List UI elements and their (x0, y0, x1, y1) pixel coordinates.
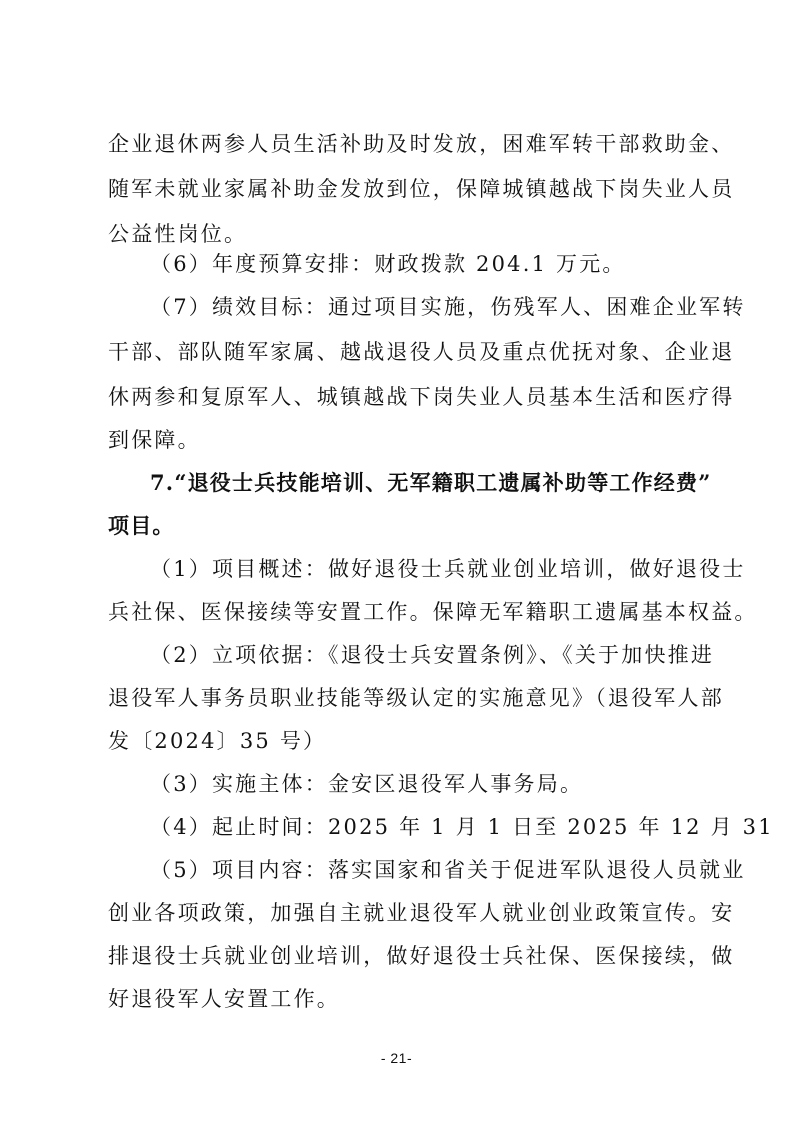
text-line: 发〔2024〕35 号） (108, 727, 326, 755)
text-line: （7）绩效目标：通过项目实施，伤残军人、困难企业军转 (150, 293, 746, 321)
text-line: 兵社保、医保接续等安置工作。保障无军籍职工遗属基本权益。 (108, 598, 758, 626)
text-line: 排退役士兵就业创业培训，做好退役士兵社保、医保接续，做 (108, 942, 734, 970)
text-line: 好退役军人安置工作。 (108, 985, 340, 1013)
section-heading: 项目。 (108, 512, 175, 540)
text-line: 企业退休两参人员生活补助及时发放，困难军转干部救助金、 (108, 130, 734, 158)
document-page: 企业退休两参人员生活补助及时发放，困难军转干部救助金、 随军未就业家属补助金发放… (0, 0, 793, 1122)
text-line: （3）实施主体：金安区退役军人事务局。 (150, 770, 583, 798)
text-line: （2）立项依据：《退役士兵安置条例》、《关于加快推进 (150, 641, 714, 669)
text-line: 创业各项政策，加强自主就业退役军人就业创业政策宣传。安 (108, 899, 734, 927)
text-line: 公益性岗位。 (108, 220, 247, 248)
section-heading: 7.“退役士兵技能培训、无军籍职工遗属补助等工作经费” (150, 469, 711, 497)
text-line: 干部、部队随军家属、越战退役人员及重点优抚对象、企业退 (108, 338, 734, 366)
text-line: 到保障。 (108, 426, 201, 454)
budget-line: （6）年度预算安排：财政拨款 204.1 万元。 (150, 250, 626, 278)
text-line: （1）项目概述：做好退役士兵就业创业培训，做好退役士 (150, 555, 746, 583)
text-line: （5）项目内容：落实国家和省关于促进军队退役人员就业 (150, 856, 746, 884)
text-line: （4）起止时间：2025 年 1 月 1 日至 2025 年 12 月 31 (150, 813, 774, 841)
text-line: 随军未就业家属补助金发放到位，保障城镇越战下岗失业人员 (108, 175, 734, 203)
page-number: - 21- (0, 1050, 793, 1066)
text-line: 休两参和复原军人、城镇越战下岗失业人员基本生活和医疗得 (108, 383, 734, 411)
text-line: 退役军人事务员职业技能等级认定的实施意见》（退役军人部 (108, 684, 724, 712)
